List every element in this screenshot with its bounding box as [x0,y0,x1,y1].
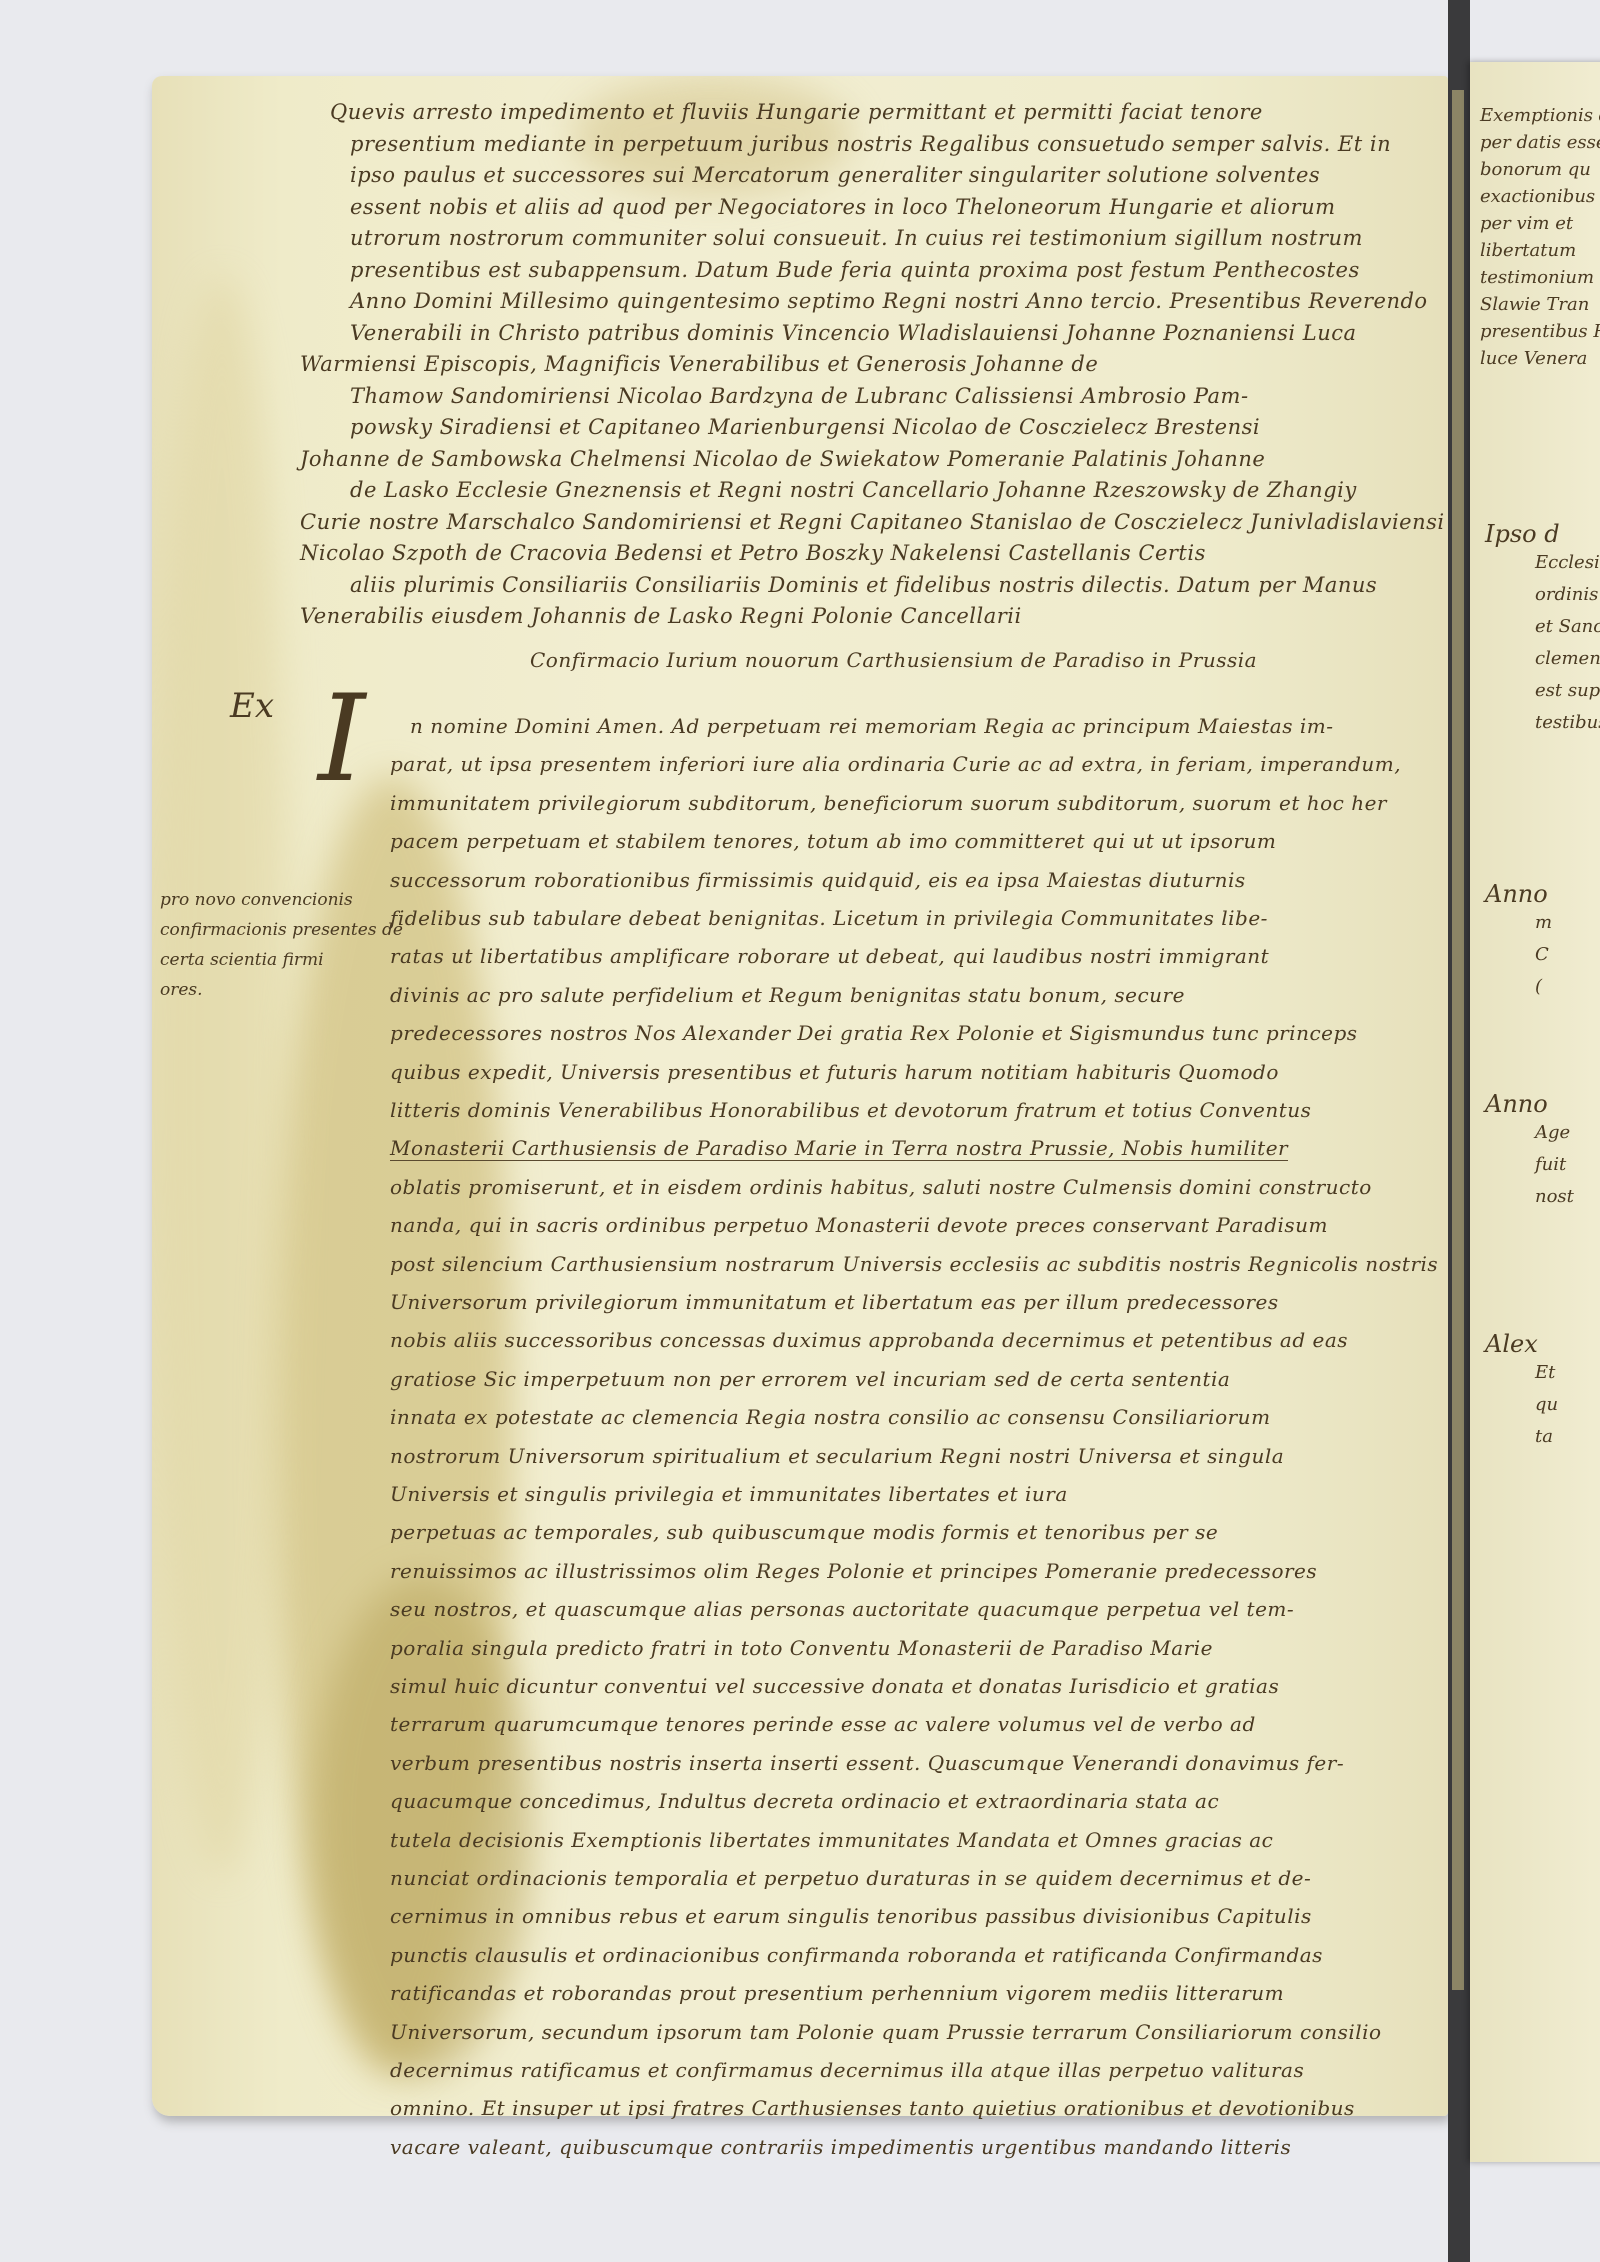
text-line: poralia singula predicto fratri in toto … [390,1636,1213,1660]
right-page-line: C [1535,944,1549,965]
water-stain [152,276,292,1876]
text-line: essent nobis et aliis ad quod per Negoci… [350,195,1336,219]
text-line: post silencium Carthusiensium nostrarum … [390,1252,1438,1276]
text-line: quacumque concedimus, Indultus decreta o… [390,1789,1219,1813]
right-page-line: Ecclesie [1535,552,1600,573]
text-line: cernimus in omnibus rebus et earum singu… [390,1904,1312,1928]
text-line: terrarum quarumcumque tenores perinde es… [390,1712,1256,1736]
right-page-line: exactionibus [1480,186,1595,207]
right-page-entry-start: Anno [1485,1090,1548,1118]
text-line: powsky Siradiensi et Capitaneo Marienbur… [350,415,1260,439]
section-heading: Confirmacio Iurium nouorum Carthusiensiu… [530,648,1257,672]
text-line: nobis aliis successoribus concessas duxi… [390,1328,1348,1352]
text-line: divinis ac pro salute perfidelium et Reg… [390,983,1185,1007]
marginal-note-line: ores. [160,976,203,1005]
text-line: immunitatem privilegiorum subditorum, be… [390,791,1387,815]
right-page-entry-start: Ipso d [1485,520,1560,548]
text-line: successorum roborationibus firmissimis q… [390,868,1246,892]
text-line: litteris dominis Venerabilibus Honorabil… [390,1098,1311,1122]
right-page-line: testibus [1535,712,1600,733]
right-page-entry-start: Anno [1485,880,1548,908]
marginal-abbreviation: Ex [230,692,274,721]
text-line: decernimus ratificamus et confirmamus de… [390,2058,1304,2082]
right-page-entry-start: Alex [1485,1330,1538,1358]
marginal-note-line: confirmacionis presentes de [160,916,403,945]
text-line: verbum presentibus nostris inserta inser… [390,1751,1344,1775]
right-page-line: luce Venera [1480,348,1587,369]
text-line: nanda, qui in sacris ordinibus perpetuo … [390,1213,1328,1237]
right-page-line: ta [1535,1426,1553,1447]
text-line: Universorum privilegiorum immunitatum et… [390,1290,1279,1314]
text-line: Universis et singulis privilegia et immu… [390,1482,1068,1506]
right-page-line: testimonium [1480,267,1594,288]
right-page-line: per datis esse [1480,132,1600,153]
right-page-line: nost [1535,1186,1574,1207]
text-line: Quevis arresto impedimento et fluviis Hu… [330,100,1263,124]
text-line: Curie nostre Marschalco Sandomiriensi et… [300,510,1445,534]
text-line: Venerabilis eiusdem Johannis de Lasko Re… [300,604,1022,628]
text-line: fidelibus sub tabulare debeat benignitas… [390,906,1268,930]
text-line: renuissimos ac illustrissimos olim Reges… [390,1559,1317,1583]
right-page-line: ordinis [1535,584,1598,605]
text-line: ipso paulus et successores sui Mercatoru… [350,163,1320,187]
text-line: Anno Domini Millesimo quingentesimo sept… [350,289,1428,313]
right-page-line: Exemptionis dei [1480,105,1600,126]
text-line: nostrorum Universorum spiritualium et se… [390,1444,1284,1468]
right-page-line: Slawie Tran [1480,294,1589,315]
text-line: de Lasko Ecclesie Gneznensis et Regni no… [350,478,1357,502]
text-line: Nicolao Szpoth de Cracovia Bedensi et Pe… [300,541,1206,565]
book-binding [1448,0,1470,2262]
right-page-line: Age [1535,1122,1570,1143]
right-page-line: per vim et [1480,213,1573,234]
right-page-line: ( [1535,976,1542,997]
text-line: Monasterii Carthusiensis de Paradiso Mar… [390,1136,1288,1161]
text-line: ratas ut libertatibus amplificare robora… [390,944,1269,968]
right-page-line: m [1535,912,1552,933]
right-page-line: et Sanctis [1535,616,1600,637]
text-line: gratiose Sic imperpetuum non per errorem… [390,1367,1230,1391]
text-line: Warmiensi Episcopis, Magnificis Venerabi… [300,352,1098,376]
text-line: vacare valeant, quibuscumque contrariis … [390,2135,1291,2159]
text-line: Venerabili in Christo patribus dominis V… [350,321,1357,345]
text-line: Johanne de Sambowska Chelmensi Nicolao d… [300,447,1265,471]
right-page-line: clementia [1535,648,1600,669]
marginal-note-line: pro novo convencionis [160,886,353,915]
right-page-line: presentibus Re [1480,321,1600,342]
text-line: utrorum nostrorum communiter solui consu… [350,226,1363,250]
text-line: punctis clausulis et ordinacionibus conf… [390,1943,1323,1967]
text-line: aliis plurimis Consiliariis Consiliariis… [350,573,1377,597]
decorated-initial: I [318,680,365,800]
text-line: simul huic dicuntur conventui vel succes… [390,1674,1279,1698]
text-line: ratificandas et roborandas prout present… [390,1981,1284,2005]
text-line: predecessores nostros Nos Alexander Dei … [390,1021,1358,1045]
text-line: omnino. Et insuper ut ipsi fratres Carth… [390,2096,1355,2120]
text-line: presentibus est subappensum. Datum Bude … [350,258,1360,282]
text-line: presentium mediante in perpetuum juribus… [350,132,1391,156]
right-page-line: qu [1535,1394,1558,1415]
right-page-line: Et [1535,1362,1555,1383]
text-line: perpetuas ac temporales, sub quibuscumqu… [390,1520,1218,1544]
text-line: oblatis promiserunt, et in eisdem ordini… [390,1175,1372,1199]
right-page-line: libertatum [1480,240,1576,261]
text-line: tutela decisionis Exemptionis libertates… [390,1828,1273,1852]
text-line: nunciat ordinacionis temporalia et perpe… [390,1866,1311,1890]
right-page-line: bonorum qu [1480,159,1591,180]
text-line: n nomine Domini Amen. Ad perpetuam rei m… [410,714,1333,738]
text-line: innata ex potestate ac clemencia Regia n… [390,1405,1271,1429]
right-page-line: est superius [1535,680,1600,701]
text-line: quibus expedit, Universis presentibus et… [390,1060,1279,1084]
text-line: pacem perpetuam et stabilem tenores, tot… [390,829,1276,853]
marginal-note-line: certa scientia firmi [160,946,324,975]
right-page-line: fuit [1535,1154,1566,1175]
text-line: parat, ut ipsa presentem inferiori iure … [390,752,1401,776]
text-line: seu nostros, et quascumque alias persona… [390,1597,1294,1621]
text-line: Universorum, secundum ipsorum tam Poloni… [390,2020,1382,2044]
text-line: Thamow Sandomiriensi Nicolao Bardzyna de… [350,384,1249,408]
